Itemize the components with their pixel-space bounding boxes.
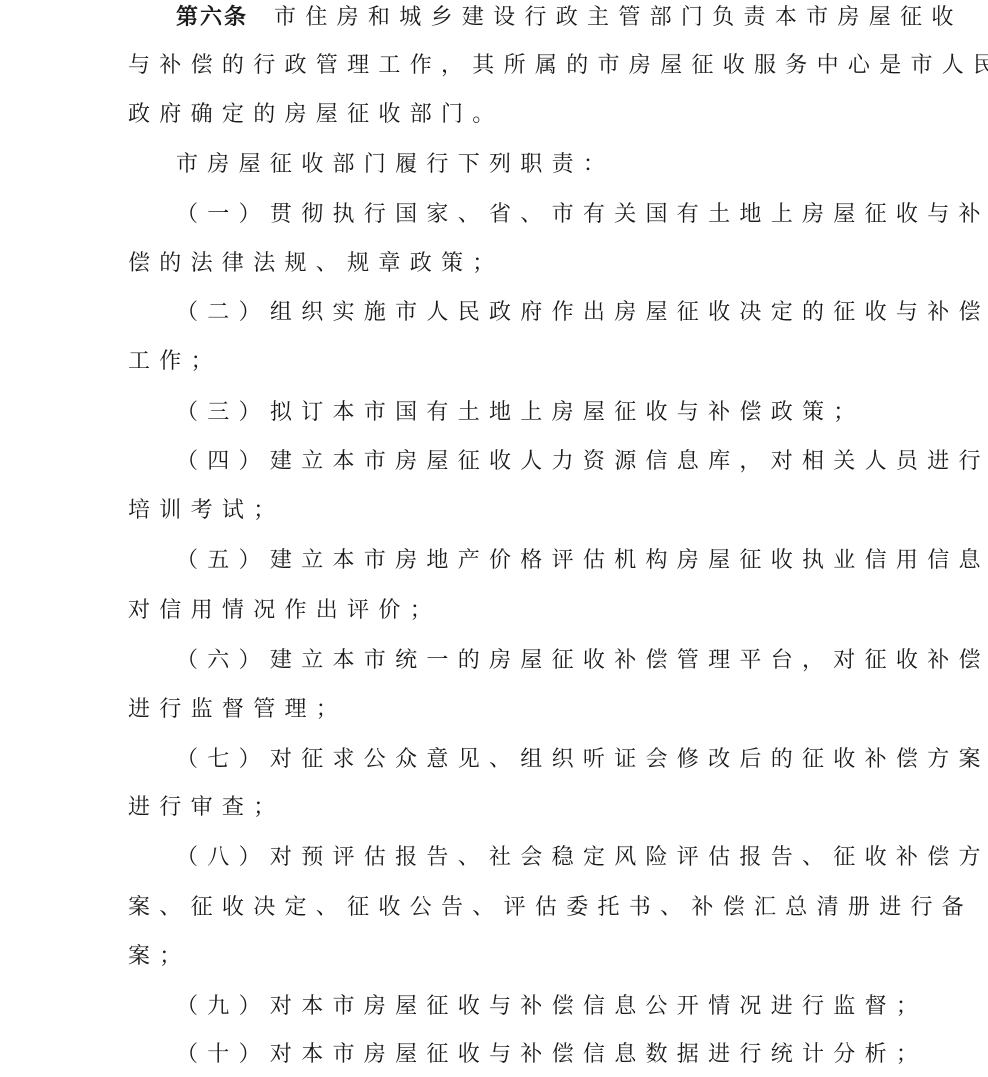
list-item-line: 进行监督管理； [128,693,860,727]
list-item-line: （一）贯彻执行国家、省、市有关国有土地上房屋征收与补 [176,198,860,232]
article-first-line: 第六条市住房和城乡建设行政主管部门负责本市房屋征收 [176,1,860,35]
list-item-line: 偿的法律法规、规章政策； [128,247,860,281]
paragraph-text: 市住房和城乡建设行政主管部门负责本市房屋征收 [274,5,963,30]
list-item-line: （四）建立本市房屋征收人力资源信息库，对相关人员进行 [176,445,860,479]
list-item-line: （五）建立本市房地产价格评估机构房屋征收执业信用信息， [176,544,860,578]
article-heading: 第六条 [176,5,248,30]
list-item-line: 进行审查； [128,791,860,825]
list-item-line: （六）建立本市统一的房屋征收补偿管理平台，对征收补偿 [176,644,860,678]
list-item-line: 培训考试； [128,494,860,528]
paragraph-line: 市房屋征收部门履行下列职责： [176,148,860,182]
list-item-line: （七）对征求公众意见、组织听证会修改后的征收补偿方案 [176,743,860,777]
paragraph-line: 与补偿的行政管理工作，其所属的市房屋征收服务中心是市人民 [128,49,860,83]
list-item-line: （八）对预评估报告、社会稳定风险评估报告、征收补偿方 [176,841,860,875]
list-item-line: （十）对本市房屋征收与补偿信息数据进行统计分析； [176,1038,860,1072]
list-item-line: 案； [128,940,860,974]
list-item-line: （九）对本市房屋征收与补偿信息公开情况进行监督； [176,990,860,1024]
list-item-line: 工作； [128,345,860,379]
list-item-line: 对信用情况作出评价； [128,594,860,628]
document-page: 第六条市住房和城乡建设行政主管部门负责本市房屋征收 与补偿的行政管理工作，其所属… [0,0,988,1077]
list-item-line: 案、征收决定、征收公告、评估委托书、补偿汇总清册进行备 [128,891,860,925]
list-item-line: （三）拟订本市国有土地上房屋征收与补偿政策； [176,396,860,430]
paragraph-line: 政府确定的房屋征收部门。 [128,98,860,132]
list-item-line: （二）组织实施市人民政府作出房屋征收决定的征收与补偿 [176,296,860,330]
